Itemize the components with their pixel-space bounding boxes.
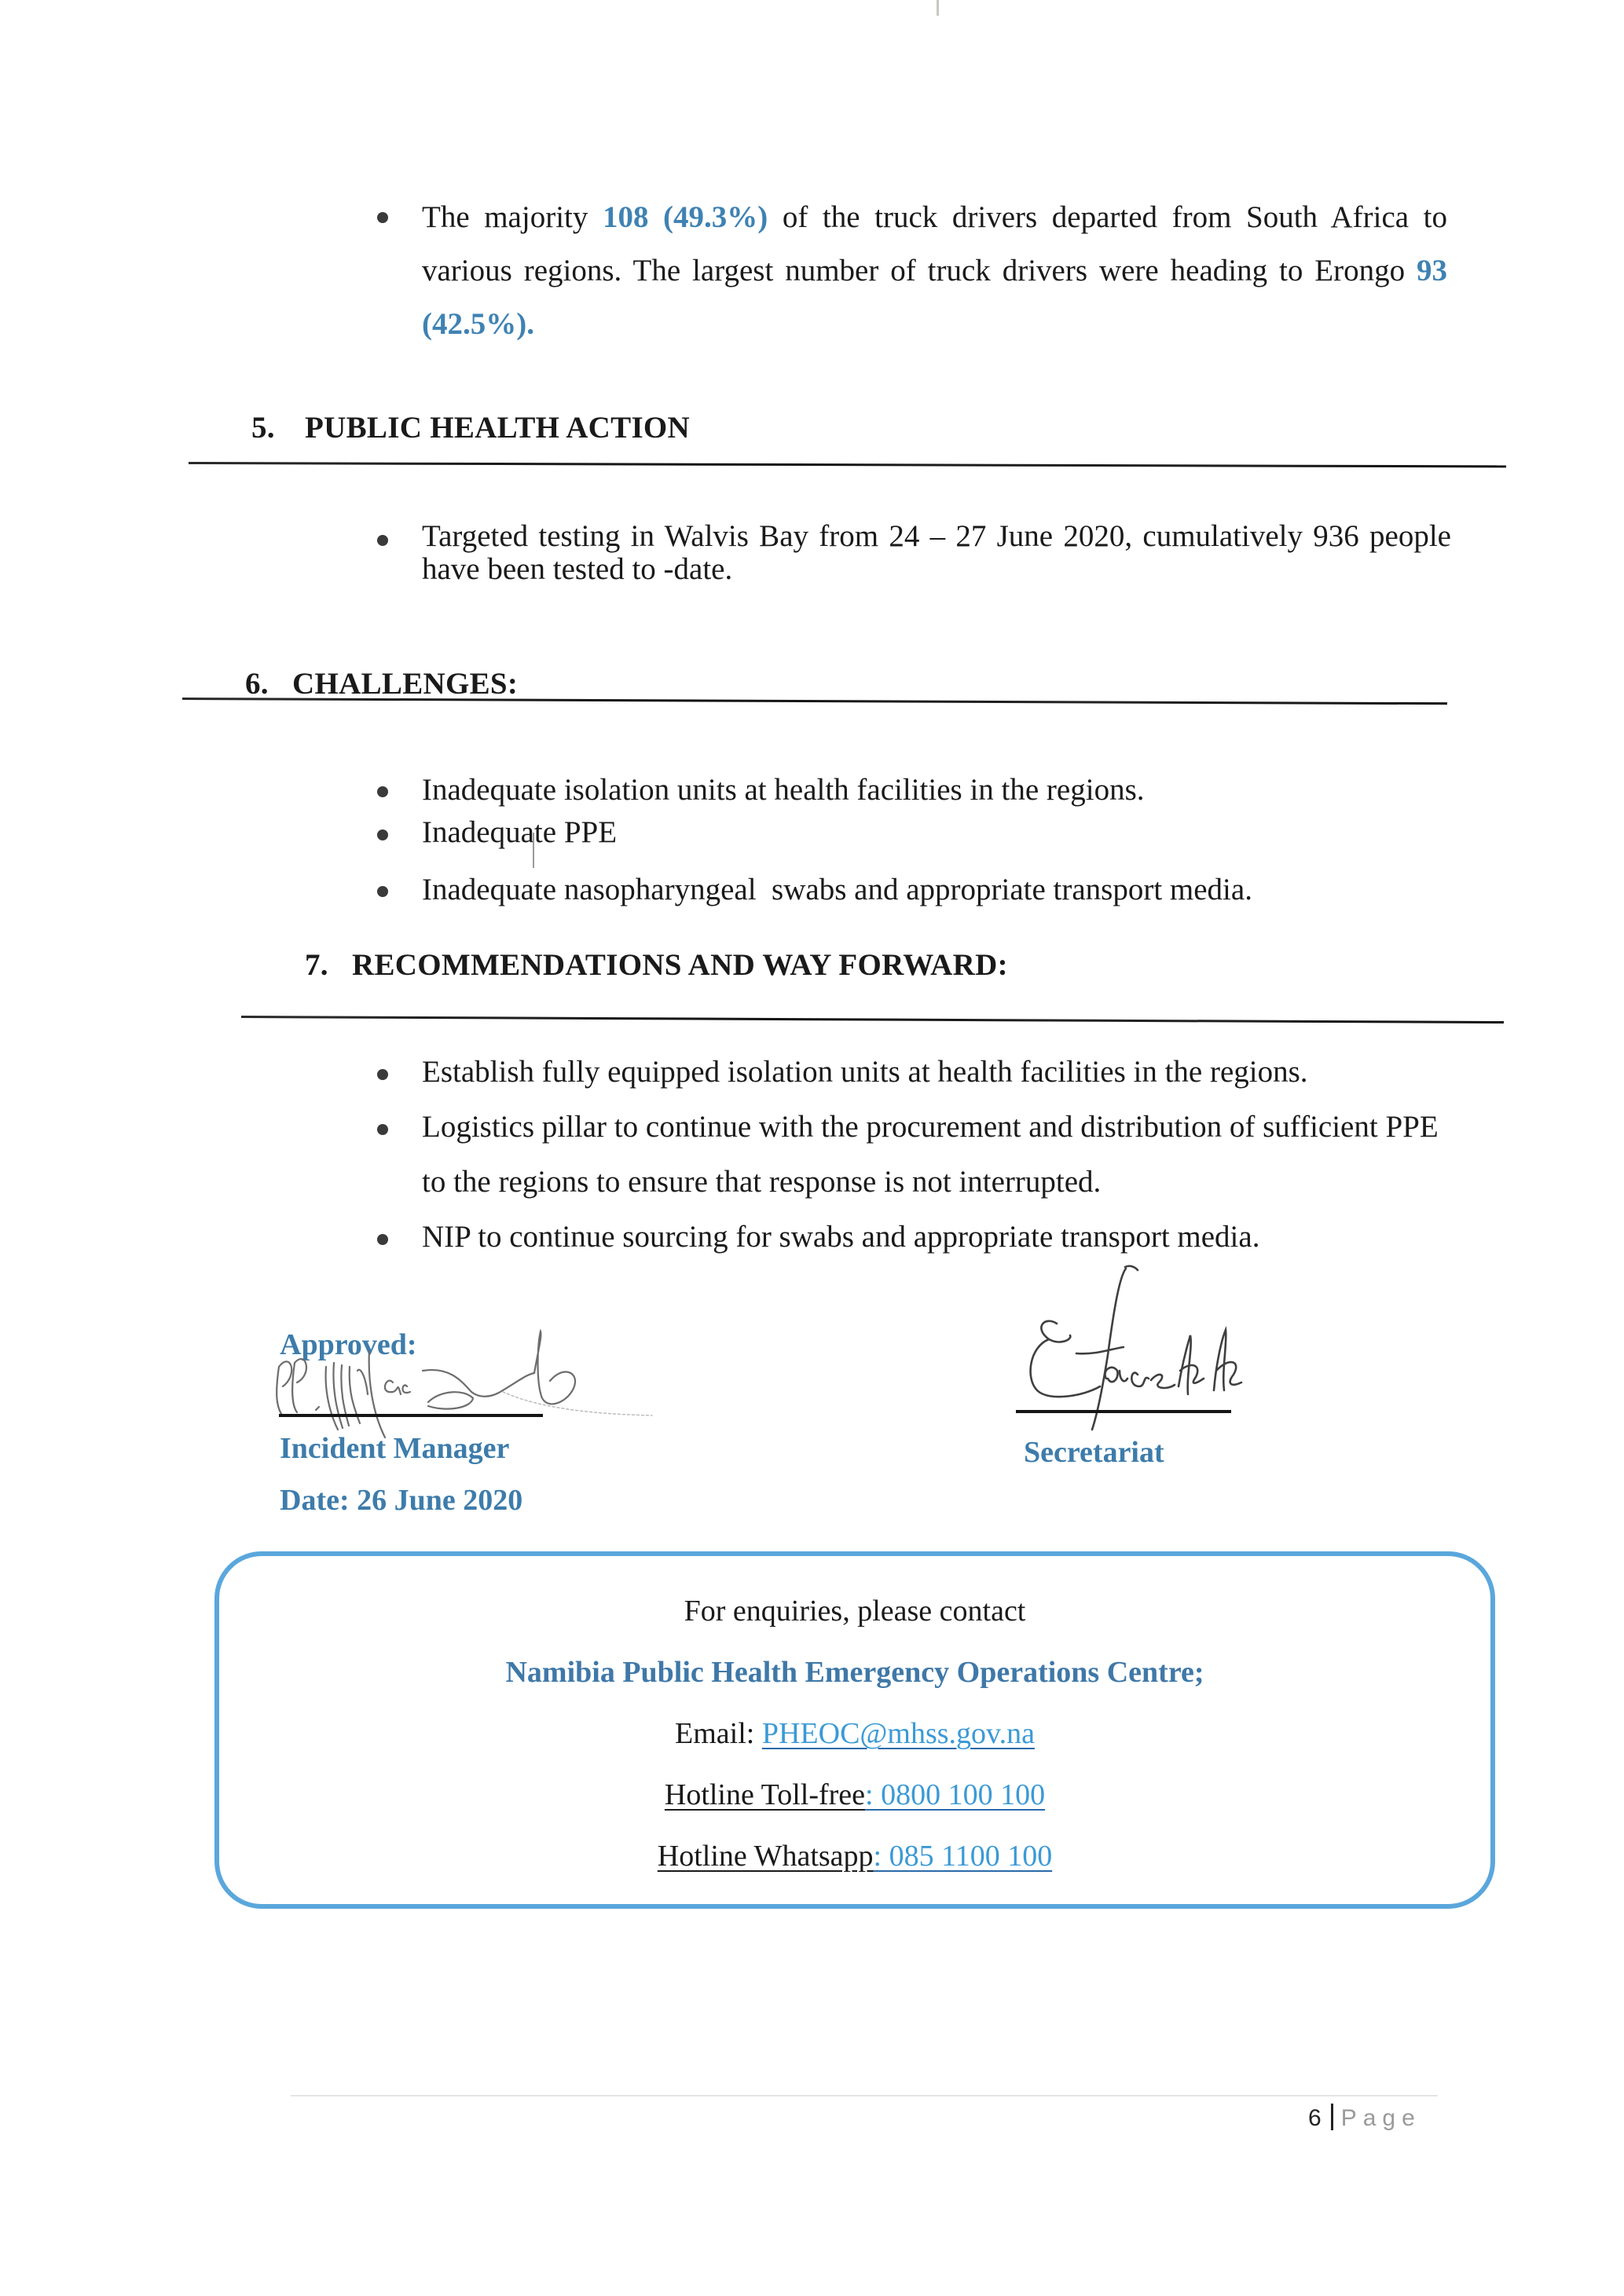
section-7-bullet-2: Logistics pillar to continue with the pr… — [422, 1100, 1451, 1210]
contact-intro: For enquiries, please contact — [219, 1594, 1490, 1628]
contact-tollfree-row: Hotline Toll-free: 0800 100 100 — [219, 1778, 1490, 1812]
bullet-icon — [377, 535, 388, 546]
email-label: Email: — [675, 1717, 762, 1750]
scan-mark — [937, 0, 939, 16]
section-6-bullet-1: Inadequate isolation units at health fac… — [422, 772, 1145, 807]
section-7-heading: 7.RECOMMENDATIONS AND WAY FORWARD: — [305, 947, 1008, 983]
intro-bullet-text: The majority 108 (49.3%) of the truck dr… — [422, 191, 1447, 351]
incident-manager-signature — [267, 1320, 660, 1437]
secretariat-signature — [1014, 1261, 1265, 1449]
section-6-bullet-2: Inadequate PPE — [422, 815, 617, 850]
bullet-icon — [377, 1124, 388, 1135]
bullet-icon — [377, 212, 388, 223]
section-5-heading: 5.PUBLIC HEALTH ACTION — [251, 410, 690, 445]
page-number: 6Page — [1308, 2104, 1421, 2132]
secretariat-title: Secretariat — [1024, 1435, 1164, 1470]
secretariat-signature-line — [1016, 1410, 1231, 1413]
section-5-rule — [189, 462, 1506, 467]
whatsapp-number-link[interactable]: : 085 1100 100 — [874, 1840, 1053, 1873]
incident-manager-signature-line — [279, 1414, 543, 1417]
bullet-icon — [377, 1069, 388, 1080]
tollfree-label: Hotline Toll-free — [665, 1778, 865, 1811]
section-7-rule — [241, 1016, 1504, 1023]
bullet-icon — [377, 886, 388, 897]
page-separator — [1331, 2104, 1333, 2130]
contact-whatsapp-row: Hotline Whatsapp: 085 1100 100 — [219, 1839, 1490, 1873]
whatsapp-label: Hotline Whatsapp — [658, 1840, 874, 1873]
scan-mark — [533, 833, 534, 868]
section-5-bullet-1: Targeted testing in Walvis Bay from 24 –… — [422, 520, 1451, 586]
section-7-bullet-1: Establish fully equipped isolation units… — [422, 1054, 1308, 1089]
approval-date: Date: 26 June 2020 — [280, 1483, 522, 1518]
section-6-bullet-3: Inadequate nasopharyngeal swabs and appr… — [422, 872, 1252, 907]
section-6-heading: 6.CHALLENGES: — [245, 666, 518, 701]
incident-manager-title: Incident Manager — [280, 1431, 509, 1466]
email-link[interactable]: PHEOC@mhss.gov.na — [762, 1717, 1035, 1750]
bullet-icon — [377, 786, 388, 797]
contact-organization: Namibia Public Health Emergency Operatio… — [219, 1655, 1490, 1690]
highlight-south-africa: 108 (49.3%) — [603, 200, 768, 234]
bullet-icon — [377, 1234, 388, 1245]
bullet-icon — [377, 829, 388, 840]
contact-email-row: Email: PHEOC@mhss.gov.na — [219, 1716, 1490, 1751]
tollfree-number-link[interactable]: : 0800 100 100 — [865, 1778, 1045, 1811]
section-7-bullet-3: NIP to continue sourcing for swabs and a… — [422, 1219, 1259, 1254]
contact-box: For enquiries, please contact Namibia Pu… — [214, 1551, 1495, 1909]
footer-rule — [291, 2095, 1438, 2096]
